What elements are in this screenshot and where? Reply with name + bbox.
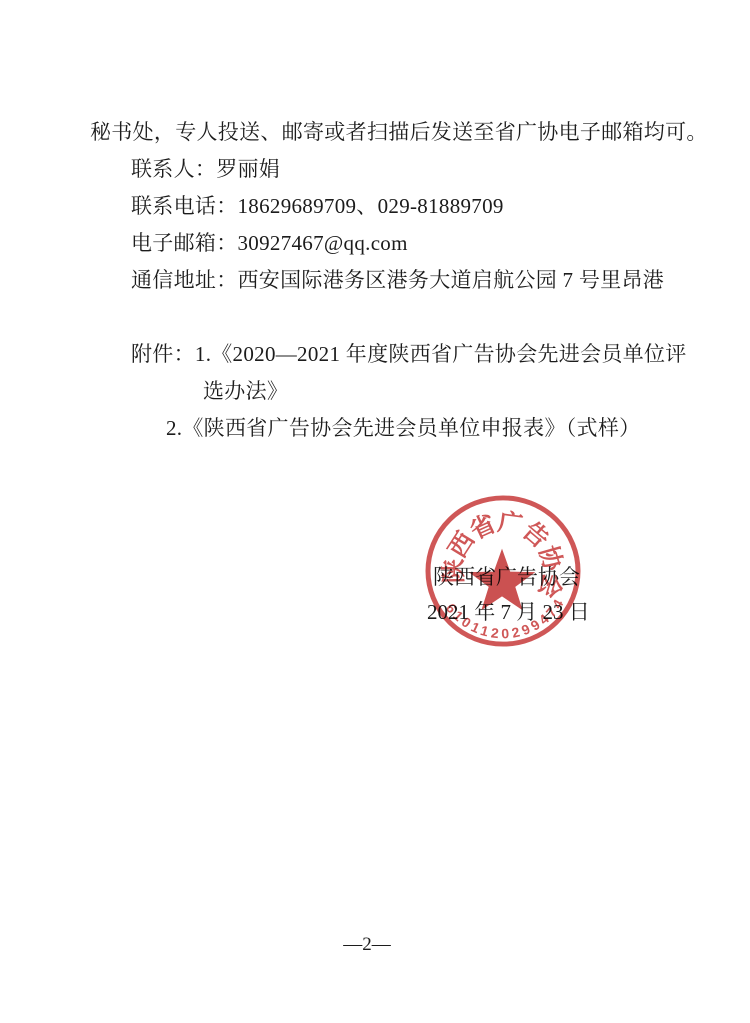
contact-email-line: 电子邮箱：30927467@qq.com: [0, 225, 750, 262]
attachments-line-1: 附件：1.《2020—2021 年度陕西省广告协会先进会员单位评: [0, 336, 750, 373]
attachments-line-2: 选办法》: [0, 373, 750, 410]
document-page: 秘书处，专人投送、邮寄或者扫描后发送至省广协电子邮箱均可。 联系人：罗丽娟 联系…: [0, 0, 750, 1023]
signature-date: 2021 年 7 月 23 日: [427, 601, 590, 624]
page-number: —2—: [0, 934, 734, 956]
paragraph-continuation: 秘书处，专人投送、邮寄或者扫描后发送至省广协电子邮箱均可。: [0, 114, 750, 151]
contact-phone-line: 联系电话：18629689709、029-81889709: [0, 188, 750, 225]
contact-person-line: 联系人：罗丽娟: [0, 151, 750, 188]
spacer-line: [0, 299, 750, 336]
signature-organization: 陕西省广告协会: [433, 566, 580, 589]
postal-address-line: 通信地址：西安国际港务区港务大道启航公园 7 号里昂港: [0, 262, 750, 299]
attachments-line-3: 2.《陕西省广告协会先进会员单位申报表》（式样）: [0, 410, 750, 447]
body-text-block: 秘书处，专人投送、邮寄或者扫描后发送至省广协电子邮箱均可。 联系人：罗丽娟 联系…: [0, 114, 750, 447]
